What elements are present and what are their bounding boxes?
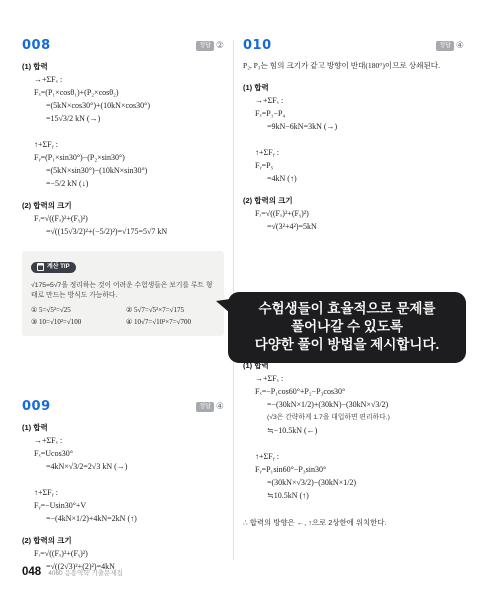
solution-line: =√((15√3/2)²+(−5/2)²)=√175=5√7 kN (46, 225, 224, 238)
problem-008: 008 정답 ② (1) 합력 →+ΣFₓ : Fₓ=(P₁×cosθ₁)+(P… (22, 38, 224, 238)
callout-text-line: 수험생들이 효율적으로 문제를 (234, 300, 460, 318)
solution-line: Fᵣ=√((Fₓ)²+(Fᵧ)²) (255, 207, 464, 220)
answer-choice: ④ (216, 402, 224, 411)
solution-line: =15√3/2 kN (→) (46, 112, 224, 125)
tip-header-label: 계산 TIP (47, 263, 70, 271)
tip-example: ③ 10=√10²=√100 (31, 317, 120, 328)
solution-line: →+ΣFₓ : (255, 94, 464, 107)
solution-line: ↑+ΣFᵧ : (255, 450, 464, 463)
callout-text-line: 다양한 풀이 방법을 제시합니다. (234, 336, 460, 354)
tip-header: 계산 TIP (31, 262, 76, 273)
problem-number: 010 (243, 38, 272, 53)
solution-line: ≒−10.5kN (←) (267, 424, 464, 437)
solution-line: =4kN×√3/2=2√3 kN (→) (46, 460, 224, 473)
answer-label: 정답 (196, 402, 214, 412)
answer-choice: ② (216, 41, 224, 50)
solution-line: ↑+ΣFᵧ : (34, 138, 224, 151)
problem-009-header: 009 정답 ④ (22, 399, 224, 414)
solution-line: =√(3²+4²)=5kN (267, 220, 464, 233)
tip-examples: ① 5=√5²=√25 ② 5√7=√5²×7=√175 ③ 10=√10²=√… (31, 305, 215, 328)
solution-line: Fᵧ=(P₁×sin30°)−(P₂×sin30°) (34, 151, 224, 164)
solution-line: Fᵧ=P₅ (255, 159, 464, 172)
solution-conclusion: ∴ 합력의 방향은 ←, ↑으로 2상한에 위치한다. (243, 516, 464, 529)
solution-line: =(5kN×cos30°)+(10kN×cos30°) (46, 99, 224, 112)
solution-line: =4kN (↑) (267, 172, 464, 185)
solution-line: ↑+ΣFᵧ : (34, 486, 224, 499)
problem-010-header: 010 정답 ④ (243, 38, 464, 53)
tip-example: ④ 10√7=√10²×7=√700 (126, 317, 215, 328)
answer-label: 정답 (196, 41, 214, 51)
solution-line: =−(30kN×1/2)+(30kN)−(30kN×√3/2) (267, 398, 464, 411)
solutions-page: 008 정답 ② (1) 합력 →+ΣFₓ : Fₓ=(P₁×cosθ₁)+(P… (0, 0, 478, 598)
callout-text-line: 풀어나갈 수 있도록 (234, 318, 460, 336)
calculation-tip-box: 계산 TIP √175=5√7을 정리하는 것이 어려운 수험생들은 보기를 루… (22, 251, 224, 336)
feature-callout-bubble: 수험생들이 효율적으로 문제를 풀어나갈 수 있도록 다양한 풀이 방법을 제시… (228, 292, 466, 363)
solution-line: (1) 합력 (22, 421, 224, 434)
problem-number: 009 (22, 399, 51, 414)
answer-label: 정답 (436, 41, 454, 51)
solution-line: Fᵣ=√((Fₓ)²+(Fᵧ)²) (34, 547, 224, 560)
solution-line: (1) 합력 (243, 81, 464, 94)
solution-line: Fᵧ=−Usin30°+V (34, 499, 224, 512)
book-title: 4060 응용역학 기출문제집 (48, 568, 123, 577)
solution-line: =(30kN×√3/2)−(30kN×1/2) (267, 476, 464, 489)
solution-line: =−(4kN×1/2)+4kN=2kN (↑) (46, 512, 224, 525)
solution-line: Fᵣ=√((Fₓ)²+(Fᵧ)²) (34, 212, 224, 225)
solution-line: =9kN−6kN=3kN (→) (267, 120, 464, 133)
solution-line: Fₓ=P₁−P₄ (255, 107, 464, 120)
page-footer: 048 4060 응용역학 기출문제집 (22, 566, 123, 578)
tip-body-text: √175=5√7을 정리하는 것이 어려운 수험생들은 보기를 루트 형태로 만… (31, 281, 215, 301)
problem-009: 009 정답 ④ (1) 합력 →+ΣFₓ : Fₓ=Ucos30° =4kN×… (22, 399, 224, 573)
solution-line: →+ΣFₓ : (34, 73, 224, 86)
problem-number: 008 (22, 38, 51, 53)
solution-line: (2) 합력의 크기 (22, 199, 224, 212)
page-number: 048 (22, 566, 41, 578)
solution-line: →+ΣFₓ : (34, 434, 224, 447)
solution-line: ↑+ΣFᵧ : (255, 146, 464, 159)
solution-line: =(5kN×sin30°)−(10kN×sin30°) (46, 164, 224, 177)
tip-example: ① 5=√5²=√25 (31, 305, 120, 316)
solution-line: Fₓ=Ucos30° (34, 447, 224, 460)
solution-note: (√3은 간략하게 1.7을 대입하면 편리하다.) (267, 411, 464, 424)
solution-line: (2) 합력의 크기 (243, 194, 464, 207)
solution-line: →+ΣFₓ : (255, 372, 464, 385)
solution-line: ≒10.5kN (↑) (267, 489, 464, 502)
solution-line: Fₓ=(P₁×cosθ₁)+(P₂×cosθ₂) (34, 86, 224, 99)
tip-example: ② 5√7=√5²×7=√175 (126, 305, 215, 316)
problem-intro-text: P₂, P₃는 힘의 크기가 같고 방향이 반대(180°)이므로 상쇄된다. (243, 60, 464, 72)
answer-badge: 정답 ④ (436, 41, 464, 51)
answer-choice: ④ (456, 41, 464, 50)
solution-line: Fₓ=−P₁cos60°+P₂−P₃cos30° (255, 385, 464, 398)
problem-011: 011 정답 ② (1) 합력 →+ΣFₓ : Fₓ=−P₁cos60°+P₂−… (243, 337, 464, 529)
problem-010: 010 정답 ④ P₂, P₃는 힘의 크기가 같고 방향이 반대(180°)이… (243, 38, 464, 233)
callout-tail-pointer (216, 299, 230, 313)
problem-008-header: 008 정답 ② (22, 38, 224, 53)
solution-line: Fᵧ=P₁sin60°−P₃sin30° (255, 463, 464, 476)
answer-badge: 정답 ④ (196, 402, 224, 412)
answer-badge: 정답 ② (196, 41, 224, 51)
solution-line: =−5/2 kN (↓) (46, 177, 224, 190)
right-column: 010 정답 ④ P₂, P₃는 힘의 크기가 같고 방향이 반대(180°)이… (243, 38, 464, 529)
left-column: 008 정답 ② (1) 합력 →+ΣFₓ : Fₓ=(P₁×cosθ₁)+(P… (22, 38, 224, 573)
solution-line: (2) 합력의 크기 (22, 534, 224, 547)
solution-line: (1) 합력 (22, 60, 224, 73)
calculator-icon (37, 263, 44, 271)
